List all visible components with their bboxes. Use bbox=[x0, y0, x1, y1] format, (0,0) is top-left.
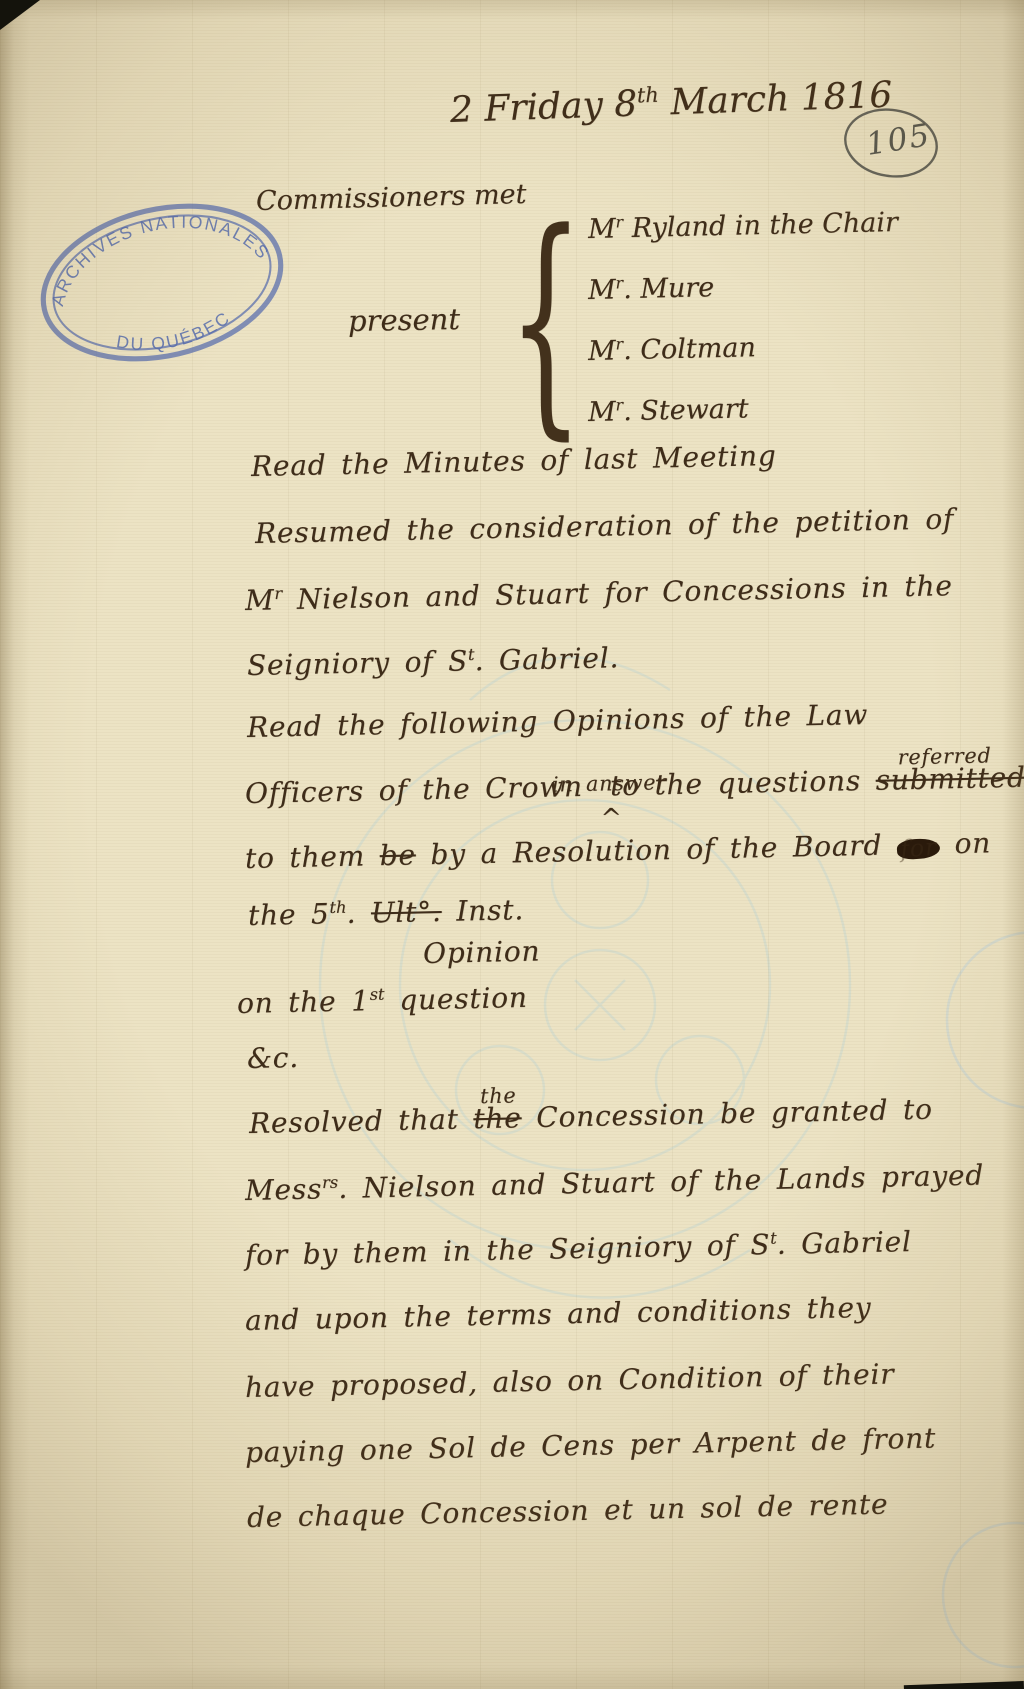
text-segment: Mess bbox=[245, 1172, 323, 1207]
manuscript-line: Resolved that thethe Concession be grant… bbox=[249, 1093, 933, 1140]
text-segment: . Mure bbox=[623, 272, 715, 305]
text-segment: M bbox=[588, 335, 616, 367]
attendance-brace: { bbox=[508, 208, 583, 434]
manuscript-line: Seigniory of St. Gabriel. bbox=[247, 641, 620, 682]
ink-blot: for bbox=[896, 837, 940, 860]
manuscript-line: Read the following Opinions of the Law bbox=[247, 698, 869, 744]
caret-mark: ^ bbox=[600, 803, 623, 832]
text-segment: . Stewart bbox=[623, 393, 749, 427]
manuscript-page: 2 Friday 8th March 1816 105 ARCHIVES NAT… bbox=[0, 0, 1024, 1689]
manuscript-line: Messrs. Nielson and Stuart of the Lands … bbox=[245, 1159, 985, 1207]
text-segment: . bbox=[346, 896, 371, 930]
page-number-circle: 105 bbox=[836, 100, 946, 186]
attendee: Mr. Stewart bbox=[588, 392, 749, 428]
text-segment: Friday 8 bbox=[484, 83, 638, 129]
text-segment: . Coltman bbox=[623, 332, 756, 366]
superscript: rs bbox=[322, 1173, 338, 1192]
text-segment: 2 bbox=[449, 89, 485, 131]
manuscript-line: paying one Sol de Cens per Arpent de fro… bbox=[245, 1422, 937, 1469]
text-segment: Officers of the Crown bbox=[245, 770, 598, 810]
struck-word: submittedreferred bbox=[875, 761, 1024, 797]
text-segment: Nielson and Stuart for Concessions in th… bbox=[282, 569, 953, 616]
manuscript-line: Resumed the consideration of the petitio… bbox=[255, 502, 955, 550]
photo-corner-topleft bbox=[0, 0, 40, 30]
text-segment: for by them in the Seigniory of S bbox=[245, 1228, 771, 1272]
manuscript-line: have proposed, also on Condition of thei… bbox=[245, 1357, 895, 1404]
text-segment: M bbox=[588, 274, 616, 306]
text-segment: Opinion bbox=[423, 935, 541, 970]
correction-above: referred bbox=[897, 744, 991, 770]
text-segment: question bbox=[384, 981, 528, 1017]
text-segment: . Nielson and Stuart of the Lands prayed bbox=[338, 1159, 984, 1206]
text-segment: Ult°. bbox=[371, 895, 442, 929]
text-segment: Inst. bbox=[441, 893, 524, 928]
manuscript-line: to them be by a Resolution of the Board … bbox=[245, 826, 992, 875]
text-segment: Resumed the consideration of the petitio… bbox=[255, 502, 955, 550]
manuscript-line: and upon the terms and conditions they bbox=[245, 1291, 872, 1337]
text-segment: . Gabriel bbox=[776, 1225, 912, 1261]
text-segment: Seigniory of S bbox=[247, 644, 469, 682]
attendee: Mr. Coltman bbox=[588, 331, 756, 367]
photo-corner-bottomright bbox=[904, 1681, 1024, 1689]
manuscript-line: Mr Nielson and Stuart for Concessions in… bbox=[245, 569, 953, 617]
attendee: Mr. Mure bbox=[588, 271, 715, 306]
text-segment: &c. bbox=[247, 1041, 300, 1075]
text-segment: . Gabriel. bbox=[474, 641, 619, 677]
text-segment: the 5 bbox=[248, 897, 330, 932]
text-segment: on bbox=[939, 826, 991, 860]
text-segment: M bbox=[588, 213, 616, 245]
text-segment: Read the following Opinions of the Law bbox=[247, 698, 869, 744]
superscript: th bbox=[636, 83, 659, 108]
correction-above: the bbox=[480, 1084, 517, 1109]
manuscript-line: for by them in the Seigniory of St. Gabr… bbox=[245, 1225, 912, 1272]
attendee: Mr Ryland in the Chair bbox=[588, 206, 899, 245]
manuscript-line: de chaque Concession et un sol de rente bbox=[247, 1488, 889, 1534]
text-segment: Resolved that bbox=[249, 1102, 474, 1140]
manuscript-line: &c. bbox=[247, 1041, 300, 1075]
manuscript-line: the 5th. Ult°. Inst. bbox=[248, 893, 525, 932]
text-segment: M bbox=[245, 583, 275, 617]
text-segment: to them bbox=[245, 839, 380, 875]
manuscript-line: Officers of the Crown in answer^to the q… bbox=[245, 761, 1024, 810]
manuscript-line: on the 1st question bbox=[237, 981, 528, 1020]
inserted-word: in answer bbox=[552, 770, 667, 796]
text-segment: paying one Sol de Cens per Arpent de fro… bbox=[245, 1422, 937, 1469]
text-segment: Read the Minutes of last Meeting bbox=[251, 439, 777, 483]
text-segment: M bbox=[588, 396, 616, 428]
manuscript-line: Opinion bbox=[423, 935, 541, 970]
manuscript-line: Read the Minutes of last Meeting bbox=[251, 439, 777, 483]
struck-word: be bbox=[379, 838, 416, 872]
commissioners-met-label: Commissioners met bbox=[256, 179, 527, 217]
photo-background: 2 Friday 8th March 1816 105 ARCHIVES NAT… bbox=[0, 0, 1024, 1689]
text-segment: be bbox=[379, 838, 416, 872]
text-segment: Ryland in the Chair bbox=[623, 207, 898, 244]
superscript: st bbox=[369, 985, 384, 1004]
date-heading: 2 Friday 8th March 1816 bbox=[449, 75, 893, 131]
struck-word: Ult°. bbox=[371, 895, 442, 929]
text-segment: on the 1 bbox=[237, 984, 370, 1020]
text-segment: and upon the terms and conditions they bbox=[245, 1291, 872, 1337]
text-segment: have proposed, also on Condition of thei… bbox=[245, 1357, 895, 1404]
text-segment: Concession be granted to bbox=[521, 1093, 933, 1135]
superscript: th bbox=[329, 898, 346, 917]
present-label: present bbox=[348, 302, 461, 338]
archives-stamp: ARCHIVES NATIONALES DU QUÉBEC bbox=[17, 173, 307, 392]
text-segment: de chaque Concession et un sol de rente bbox=[247, 1488, 889, 1534]
struck-word: thethe bbox=[473, 1101, 522, 1135]
text-segment: by a Resolution of the Board bbox=[415, 828, 897, 871]
